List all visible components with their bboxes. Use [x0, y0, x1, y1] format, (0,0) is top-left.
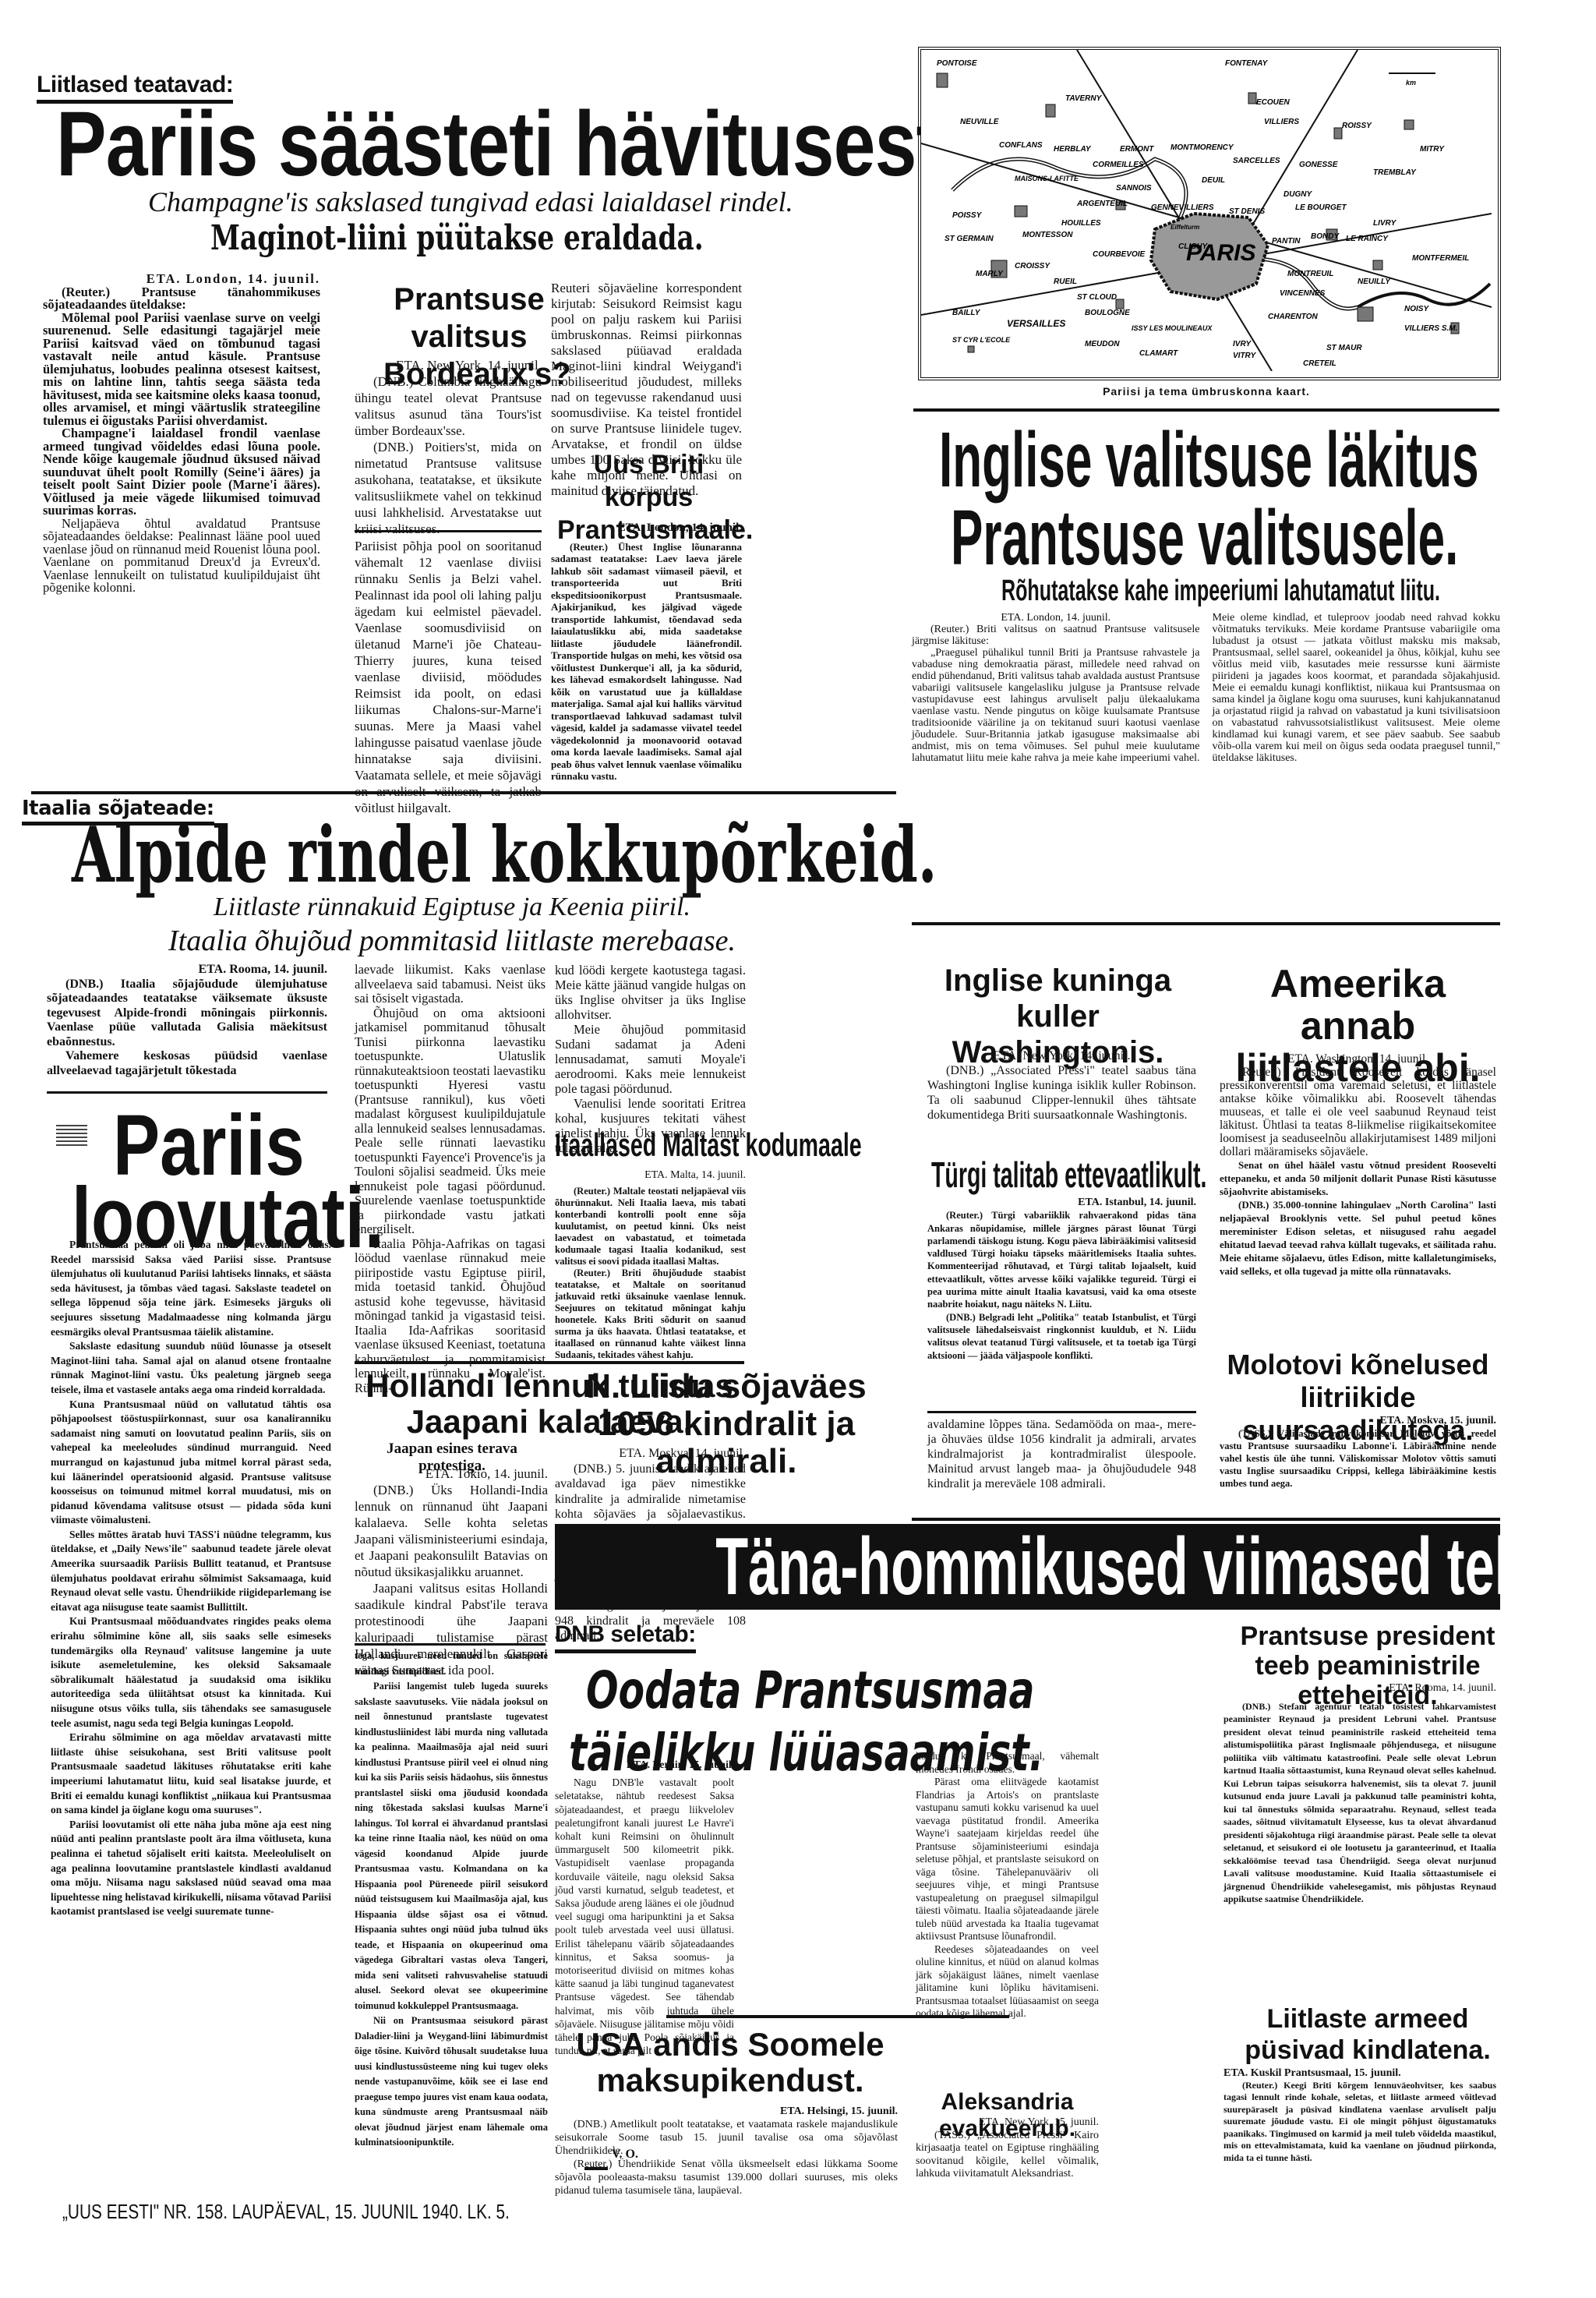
svg-text:ECOUEN: ECOUEN: [1256, 98, 1291, 107]
svg-text:DUGNY: DUGNY: [1284, 190, 1312, 199]
svg-text:PONTOISE: PONTOISE: [937, 59, 977, 68]
svg-text:BOULOGNE: BOULOGNE: [1085, 309, 1130, 317]
british-note-headline-2: Prantsuse valitsusele.: [951, 499, 1458, 577]
svg-text:TREMBLAY: TREMBLAY: [1373, 168, 1417, 177]
svg-text:FONTENAY: FONTENAY: [1225, 59, 1269, 68]
italy-col-1: ETA. Rooma, 14. juunil. (DNB.) Itaalia s…: [47, 963, 327, 1078]
dutch-plane-article: ETA. Tokio, 14. juunil. (DNB.) Üks Holla…: [355, 1465, 548, 1678]
svg-text:MONTREUIL: MONTREUIL: [1287, 270, 1333, 278]
svg-text:RUEIL: RUEIL: [1054, 278, 1077, 286]
svg-text:NEUILLY: NEUILLY: [1358, 278, 1391, 286]
lead-continuation: Pariisist põhja pool on sooritanud vähem…: [355, 538, 542, 816]
lead-article: ETA. London, 14. juunil. (Reuter.) Prant…: [43, 273, 320, 595]
svg-text:MITRY: MITRY: [1420, 145, 1445, 154]
dnb-headline-1: Oodata Prantsusmaa: [586, 1660, 1034, 1720]
svg-text:VINCENNES: VINCENNES: [1280, 289, 1326, 298]
svg-text:ROISSY: ROISSY: [1342, 122, 1372, 130]
italy-subhead-1: Liitlaste rünnakuid Egiptuse ja Keenia p…: [0, 893, 904, 922]
soviet-generals-continuation: avaldamine lõppes täna. Sedamööda on maa…: [927, 1417, 1196, 1491]
allied-armies-headline: Liitlaste armeed püsivad kindlatena.: [1239, 2003, 1496, 2066]
svg-text:CORMEILLES: CORMEILLES: [1093, 161, 1144, 169]
decorative-mark: [56, 1122, 87, 1146]
svg-text:MEUDON: MEUDON: [1085, 340, 1120, 348]
svg-text:CHARENTON: CHARENTON: [1268, 313, 1318, 321]
svg-text:GENNEVILLIERS: GENNEVILLIERS: [1151, 203, 1214, 212]
svg-text:CLICHY: CLICHY: [1178, 242, 1209, 251]
svg-text:CROISSY: CROISSY: [1015, 262, 1050, 270]
svg-text:ARGENTEUIL: ARGENTEUIL: [1076, 200, 1128, 208]
svg-text:HERBLAY: HERBLAY: [1054, 145, 1092, 154]
turkey-article: ETA. Istanbul, 14. juunil. (Reuter.) Tür…: [927, 1197, 1196, 1362]
british-note-subhead: Rõhutatakse kahe impeeriumi lahutamatut …: [1001, 575, 1440, 606]
lead-headline: Pariis säästeti hävitusest.: [56, 97, 961, 191]
svg-text:HOUILLES: HOUILLES: [1061, 219, 1101, 228]
svg-text:COURBEVOIE: COURBEVOIE: [1093, 250, 1146, 259]
map-caption: Pariisi ja tema ümbruskonna kaart.: [918, 385, 1495, 398]
svg-text:MONTMORENCY: MONTMORENCY: [1171, 143, 1234, 152]
molotov-article: ETA. Moskva, 15. juunil. (TASS.) Välisas…: [1220, 1415, 1496, 1490]
svg-text:GONESSE: GONESSE: [1299, 161, 1338, 169]
svg-text:MONTFERMEIL: MONTFERMEIL: [1412, 254, 1469, 263]
svg-text:CONFLANS: CONFLANS: [999, 141, 1043, 150]
bordeaux-article: ETA. New York, 14. juunil. (DNB.) Columb…: [355, 357, 542, 537]
british-note-article: ETA. London, 14. juunil. (Reuter.) Briti…: [912, 612, 1500, 764]
svg-text:SARCELLES: SARCELLES: [1233, 157, 1280, 165]
svg-text:MAISONS-LAFITTE: MAISONS-LAFITTE: [1015, 175, 1079, 182]
svg-text:VILLIERS: VILLIERS: [1264, 118, 1299, 126]
svg-text:ST MAUR: ST MAUR: [1326, 344, 1362, 352]
british-corps-article: ETA. London, 14. juunil. (Reuter.) Ühest…: [551, 522, 742, 783]
svg-text:LE RAINCY: LE RAINCY: [1346, 235, 1389, 243]
usa-finland-headline: USA andis Soomele maksupikendust.: [555, 2027, 906, 2098]
svg-text:VERSAILLES: VERSAILLES: [1007, 318, 1065, 329]
svg-text:PANTIN: PANTIN: [1272, 237, 1301, 246]
dnb-col-1: ETA. Berliin, 15. juunil. Nagu DNB'le va…: [555, 1750, 734, 2057]
svg-text:ST DENIS: ST DENIS: [1229, 207, 1265, 216]
svg-text:CRETEIL: CRETEIL: [1303, 359, 1336, 368]
king-courier-article: ETA. New York, 14. juunil. (DNB.) „Assoc…: [927, 1048, 1196, 1122]
turkey-headline: Türgi talitab ettevaatlikult.: [931, 1154, 1206, 1196]
svg-text:ST CYR L'ECOLE: ST CYR L'ECOLE: [952, 336, 1011, 344]
paris-map-graphic: PARIS PONTOISE FONTENAY TAVERNY ECOUEN V…: [921, 50, 1492, 371]
svg-text:ISSY LES MOULINEAUX: ISSY LES MOULINEAUX: [1132, 324, 1213, 332]
svg-text:NOISY: NOISY: [1404, 305, 1429, 313]
svg-text:DEUIL: DEUIL: [1202, 176, 1225, 185]
paris-surrendered-continuation: tega, kusjuures need tunded on sakslaste…: [355, 1649, 548, 2151]
svg-text:ST GERMAIN: ST GERMAIN: [945, 235, 994, 243]
malta-article: ETA. Malta, 14. juunil. (Reuter.) Maltal…: [555, 1169, 746, 1361]
french-president-article: ETA. Rooma, 14. juunil. (DNB.) Stefani a…: [1223, 1682, 1496, 1906]
svg-text:NEUVILLE: NEUVILLE: [960, 118, 999, 126]
svg-text:CLAMART: CLAMART: [1139, 349, 1178, 358]
late-telegrams-banner: Täna-hommikused viimased telegrammid.: [555, 1524, 1500, 1610]
italy-subhead-2: Itaalia õhujõud pommitasid liitlaste mer…: [0, 924, 904, 958]
svg-text:ERMONT: ERMONT: [1120, 145, 1154, 154]
svg-text:TAVERNY: TAVERNY: [1065, 94, 1103, 103]
svg-text:IVRY: IVRY: [1233, 340, 1252, 348]
paris-surrendered-article: Prantsusmaa pealinn oli juba mitu päeva …: [51, 1238, 331, 1919]
svg-text:POISSY: POISSY: [952, 211, 983, 220]
allied-armies-article: ETA. Kuskil Prantsusmaal, 15. juunil. (R…: [1223, 2067, 1496, 2164]
dnb-kicker: DNB seletab:: [555, 1621, 696, 1653]
lead-subhead-bold: Maginot-liini püütakse eraldada.: [210, 218, 704, 258]
svg-text:VILLIERS S.M.: VILLIERS S.M.: [1404, 324, 1457, 333]
svg-text:MARLY: MARLY: [976, 270, 1004, 278]
svg-text:Eiffelturm: Eiffelturm: [1171, 224, 1199, 231]
italy-headline: Alpide rindel kokkupõrkeid.: [72, 811, 937, 900]
svg-text:MONTESSON: MONTESSON: [1022, 231, 1073, 239]
svg-text:VITRY: VITRY: [1233, 352, 1257, 360]
dnb-col-2: kordub ka Prantsusmaal, vähemalt mõnedes…: [916, 1750, 1099, 2020]
malta-headline: Itaallased Maltast kodumaale: [555, 1126, 862, 1164]
british-note-headline-1: Inglise valitsuse läkitus: [939, 421, 1479, 499]
usa-finland-article: ETA. Helsingi, 15. juunil. (DNB.) Ametli…: [555, 2105, 898, 2197]
svg-text:BAILLY: BAILLY: [952, 309, 981, 317]
svg-text:SANNOIS: SANNOIS: [1116, 184, 1152, 193]
svg-text:LE BOURGET: LE BOURGET: [1295, 203, 1347, 212]
paris-map: PARIS PONTOISE FONTENAY TAVERNY ECOUEN V…: [918, 47, 1501, 380]
alexandria-article: ETA. New York, 15. juunil. (TASS.) „Asso…: [916, 2116, 1099, 2181]
svg-text:km: km: [1406, 79, 1416, 87]
svg-text:ST CLOUD: ST CLOUD: [1077, 293, 1117, 302]
svg-text:BONDY: BONDY: [1311, 232, 1340, 241]
lead-subhead-italic: Champagne'is sakslased tungivad edasi la…: [148, 186, 793, 218]
america-aid-article: ETA. Washington, 14. juunil. (Reuter.) P…: [1220, 1052, 1496, 1278]
page-footer: „UUS EESTI" NR. 158. LAUPÄEVAL, 15. JUUN…: [62, 2200, 510, 2224]
svg-text:LIVRY: LIVRY: [1373, 219, 1397, 228]
